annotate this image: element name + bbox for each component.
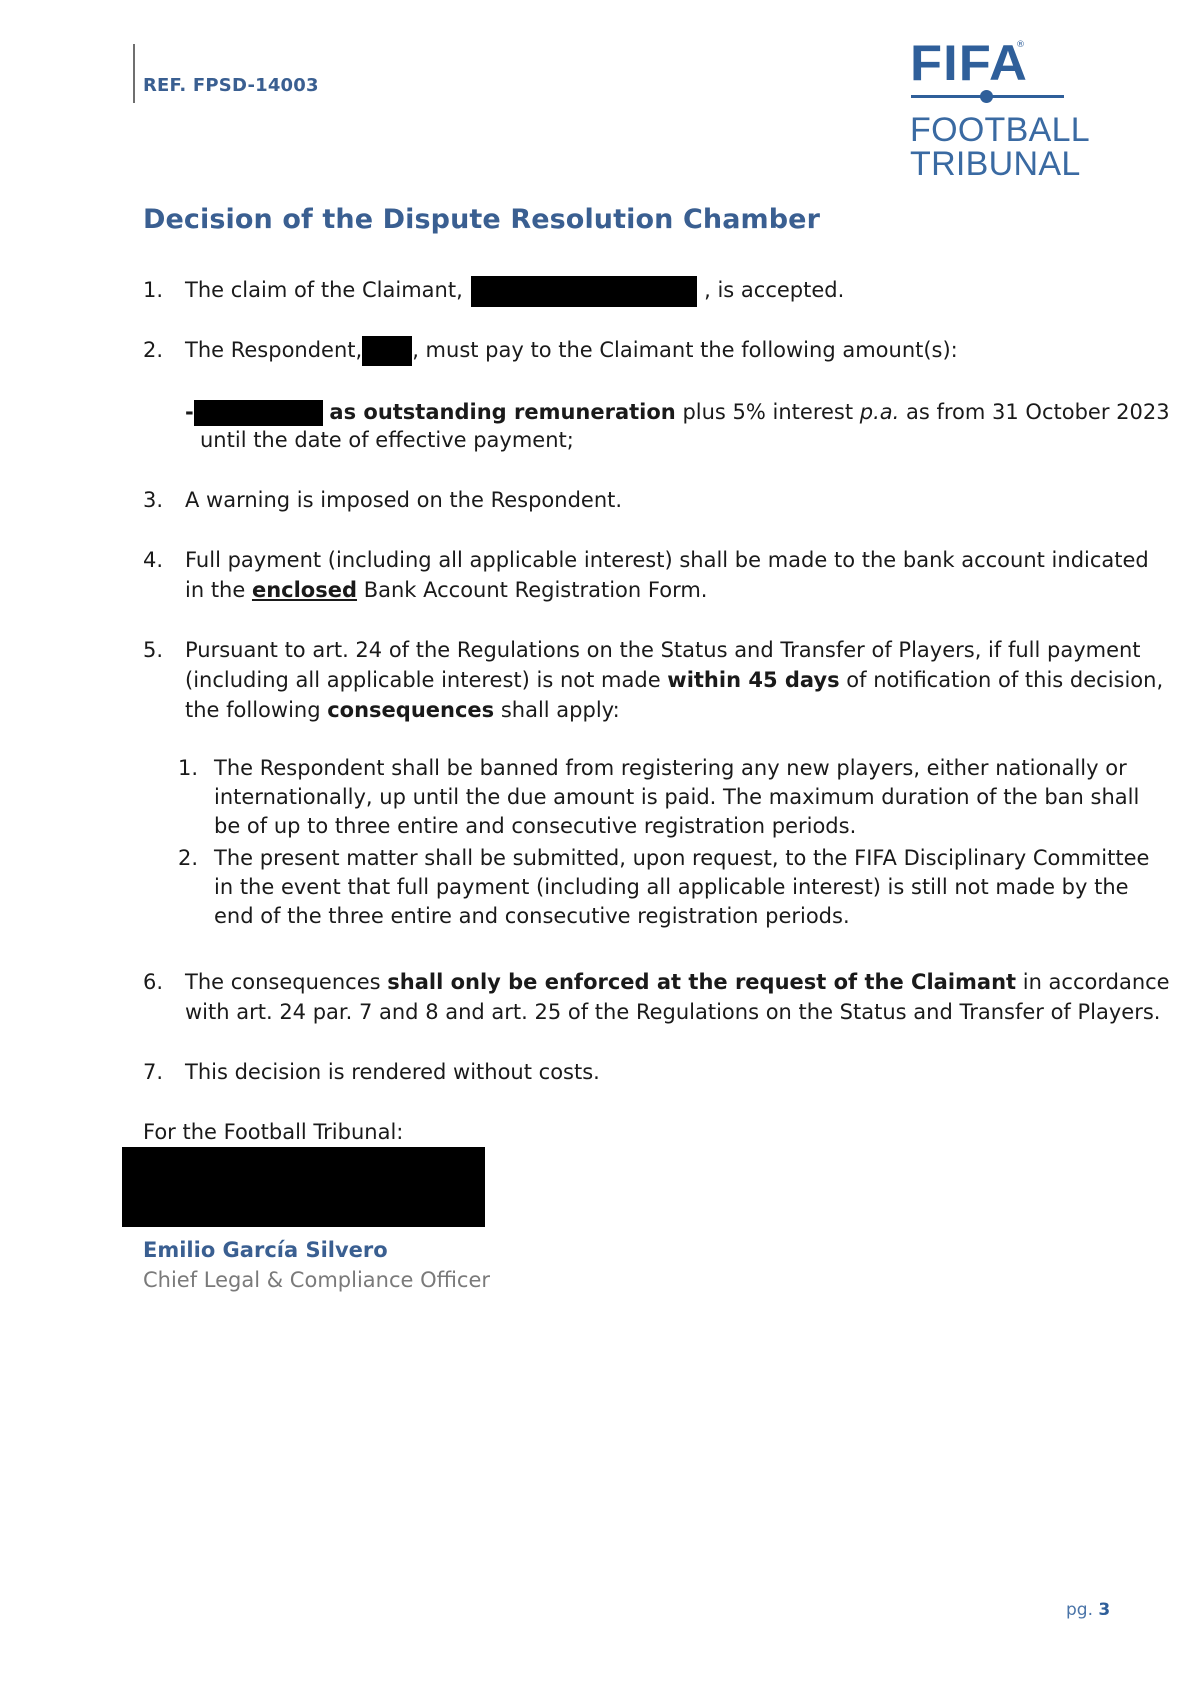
signature-lead: For the Football Tribunal: — [143, 1117, 403, 1147]
item-number: 3. — [143, 485, 163, 515]
sub-item-number: 1. — [178, 753, 198, 783]
bullet-dash: - — [185, 400, 194, 424]
sub-item-number: 2. — [178, 843, 198, 873]
item-text-after: , must pay to the Claimant the following… — [412, 338, 958, 362]
item-number: 7. — [143, 1057, 163, 1087]
line-text: (including all applicable interest) is n… — [185, 668, 667, 692]
item-number: 5. — [143, 635, 163, 665]
logo-divider-dot — [980, 90, 993, 103]
line-text: in accordance — [1016, 970, 1170, 994]
reference-number: REF. FPSD-14003 — [143, 75, 319, 96]
line-text: Bank Account Registration Form. — [357, 578, 707, 602]
amount-line-1: - as outstanding remuneration plus 5% in… — [185, 397, 1170, 427]
amount-line-2: until the date of effective payment; — [200, 425, 574, 455]
line-text: the following — [185, 698, 327, 722]
registered-mark-icon: ® — [1016, 40, 1025, 50]
consequences-emphasis: consequences — [327, 698, 494, 722]
item-text-before: The claim of the Claimant, — [185, 278, 463, 302]
item-line-3: the following consequences shall apply: — [185, 695, 620, 725]
item-number: 2. — [143, 335, 163, 365]
item-text: A warning is imposed on the Respondent. — [185, 485, 622, 515]
enclosed-emphasis: enclosed — [252, 578, 357, 602]
page-title: Decision of the Dispute Resolution Chamb… — [143, 204, 820, 235]
logo-line-1: FOOTBALL — [910, 113, 1090, 147]
sub-item-line: The Respondent shall be banned from regi… — [214, 753, 1113, 783]
redacted-amount — [194, 400, 323, 426]
redacted-respondent-name — [362, 336, 412, 366]
item-text: The Respondent,, must pay to the Claiman… — [185, 335, 958, 366]
item-line-2: (including all applicable interest) is n… — [185, 665, 1163, 695]
line-text: of notification of this decision, — [840, 668, 1164, 692]
sub-item-line: end of the three entire and consecutive … — [214, 901, 850, 931]
redacted-signature — [122, 1147, 485, 1227]
item-line-1: Full payment (including all applicable i… — [185, 545, 1113, 575]
fifa-football-tribunal-logo: FIFA ® FOOTBALL TRIBUNAL — [908, 38, 1068, 183]
logo-brand: FIFA — [910, 38, 1028, 88]
amount-italic: p.a. — [860, 400, 900, 424]
amount-label: as outstanding remuneration — [329, 400, 675, 424]
reference-divider — [133, 44, 135, 103]
item-line-2: with art. 24 par. 7 and 8 and art. 25 of… — [185, 997, 1160, 1027]
signatory-name: Emilio García Silvero — [143, 1238, 388, 1262]
item-line-1: Pursuant to art. 24 of the Regulations o… — [185, 635, 1113, 665]
amount-text: plus 5% interest — [676, 400, 860, 424]
line-text: The consequences — [185, 970, 387, 994]
sub-item-line: internationally, up until the due amount… — [214, 782, 1113, 812]
redacted-claimant-name — [471, 276, 697, 307]
item-text: The claim of the Claimant, , is accepted… — [185, 275, 844, 307]
item-number: 1. — [143, 275, 163, 305]
deadline-emphasis: within 45 days — [667, 668, 839, 692]
line-text: shall apply: — [494, 698, 619, 722]
item-line-2: in the enclosed Bank Account Registratio… — [185, 575, 707, 605]
amount-date: as from 31 October 2023 — [899, 400, 1169, 424]
item-number: 6. — [143, 967, 163, 997]
item-number: 4. — [143, 545, 163, 575]
page-prefix: pg. — [1066, 1600, 1098, 1620]
sub-item-line: in the event that full payment (includin… — [214, 872, 1113, 902]
sub-item-line: be of up to three entire and consecutive… — [214, 811, 856, 841]
logo-line-2: TRIBUNAL — [910, 147, 1081, 181]
item-text-after: , is accepted. — [704, 278, 844, 302]
item-text-before: The Respondent, — [185, 338, 362, 362]
sub-item-line: The present matter shall be submitted, u… — [214, 843, 1113, 873]
enforcement-emphasis: shall only be enforced at the request of… — [387, 970, 1016, 994]
item-line-1: The consequences shall only be enforced … — [185, 967, 1113, 997]
item-text: This decision is rendered without costs. — [185, 1057, 600, 1087]
signatory-role: Chief Legal & Compliance Officer — [143, 1268, 490, 1292]
line-text: in the — [185, 578, 252, 602]
page-number-value: 3 — [1098, 1600, 1110, 1620]
page-number: pg. 3 — [1066, 1600, 1110, 1620]
